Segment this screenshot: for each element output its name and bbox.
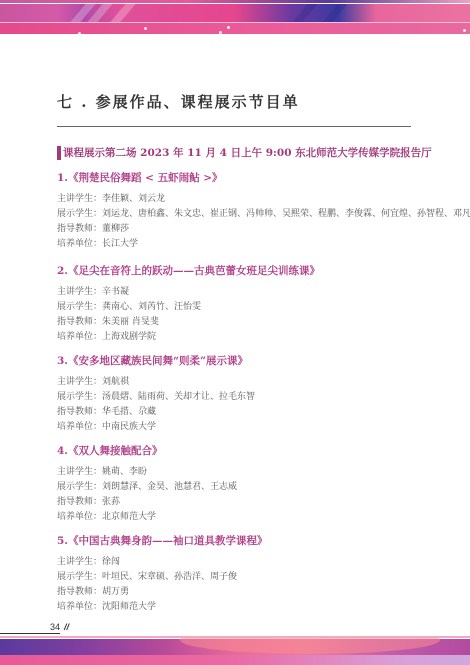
instructor-row: 指导教师：华毛措、尕藏 [57, 405, 255, 420]
sparkle-dot [78, 32, 81, 35]
institution-label: 培养单位： [57, 510, 102, 525]
institution-value: 北京师范大学 [102, 512, 156, 522]
title-divider [57, 126, 411, 127]
program-title: 1.《荆楚民俗舞蹈 < 五虾闹鲇 >》 [57, 170, 470, 185]
instructor-value: 张荪 [102, 497, 120, 507]
instructor-label: 指导教师： [57, 495, 102, 510]
institution-value: 沈阳师范大学 [102, 602, 156, 612]
instructor-value: 董柳莎 [102, 224, 129, 234]
top-banner [0, 0, 470, 35]
instructor-row: 指导教师：董柳莎 [57, 222, 470, 237]
section-title: 七 . 参展作品、课程展示节目单 [57, 91, 300, 112]
sparkle-dot [144, 27, 147, 30]
performers-label: 展示学生： [57, 300, 102, 315]
banner-lower-band [0, 22, 470, 34]
instructor-label: 指导教师： [57, 585, 102, 600]
lecturer-row: 主讲学生：刘航祺 [57, 375, 255, 390]
performers-value: 汤晨熠、陆雨荷、关却才让、拉毛东智 [102, 392, 255, 402]
instructor-row: 指导教师：朱美丽 肖旻斐 [57, 315, 320, 330]
banner-lower-band [0, 655, 470, 665]
performers-value: 刘运龙、唐柏鑫、朱文忠、崔正钢、冯帅帅、吴熙荣、程鹏、李俊霖、何宜煌、孙智程、邓… [102, 209, 470, 219]
performers-value: 叶垣民、宋章硕、孙浩洋、周子俊 [102, 572, 237, 582]
performers-label: 展示学生： [57, 390, 102, 405]
lecturer-value: 辛书凝 [102, 287, 129, 297]
session-heading: 课程展示第二场 2023 年 11 月 4 日上午 9:00 东北师范大学传媒学… [57, 145, 432, 160]
page-number-footer: 34 // [0, 622, 70, 634]
instructor-value: 胡万勇 [102, 587, 129, 597]
performers-label: 展示学生： [57, 207, 102, 222]
lecturer-label: 主讲学生： [57, 465, 102, 480]
performers-row: 展示学生：刘运龙、唐柏鑫、朱文忠、崔正钢、冯帅帅、吴熙荣、程鹏、李俊霖、何宜煌、… [57, 207, 470, 222]
program-item: 5.《中国古典舞身韵——袖口道具教学课程》 主讲学生：徐闯 展示学生：叶垣民、宋… [57, 533, 267, 615]
program-title: 3.《安多地区藏族民间舞“则柔”展示课》 [57, 353, 255, 368]
double-bar-icon [57, 146, 61, 160]
program-item: 1.《荆楚民俗舞蹈 < 五虾闹鲇 >》 主讲学生：李佳颖、刘云龙 展示学生：刘运… [57, 170, 470, 252]
program-item: 2.《足尖在音符上的跃动——古典芭蕾女班足尖训练课》 主讲学生：辛书凝 展示学生… [57, 263, 320, 345]
instructor-label: 指导教师： [57, 222, 102, 237]
lecturer-value: 徐闯 [102, 557, 120, 567]
institution-value: 上海戏剧学院 [102, 332, 156, 342]
sparkle-dot [227, 26, 230, 29]
performers-row: 展示学生：刘朗慧泽、金昊、池慧君、王志威 [57, 480, 237, 495]
lecturer-row: 主讲学生：辛书凝 [57, 285, 320, 300]
performers-label: 展示学生： [57, 570, 102, 585]
page-number: 34 [50, 622, 60, 632]
session-heading-text: 课程展示第二场 2023 年 11 月 4 日上午 9:00 东北师范大学传媒学… [63, 145, 432, 160]
institution-row: 培养单位：长江大学 [57, 237, 470, 252]
instructor-label: 指导教师： [57, 405, 102, 420]
performers-row: 展示学生：龚南心、刘芮竹、汪怡雯 [57, 300, 320, 315]
lecturer-value: 李佳颖、刘云龙 [102, 194, 165, 204]
page-number-rule [0, 633, 60, 634]
program-title: 5.《中国古典舞身韵——袖口道具教学课程》 [57, 533, 267, 548]
lecturer-value: 姚萌、李盼 [102, 467, 147, 477]
banner-divider-line [0, 636, 470, 638]
instructor-value: 朱美丽 肖旻斐 [102, 317, 159, 327]
instructor-label: 指导教师： [57, 315, 102, 330]
program-title: 2.《足尖在音符上的跃动——古典芭蕾女班足尖训练课》 [57, 263, 320, 278]
sparkle-dot [463, 29, 466, 32]
bottom-banner [0, 636, 470, 665]
lecturer-label: 主讲学生： [57, 375, 102, 390]
institution-row: 培养单位：沈阳师范大学 [57, 600, 267, 615]
performers-label: 展示学生： [57, 480, 102, 495]
lecturer-row: 主讲学生：李佳颖、刘云龙 [57, 192, 470, 207]
program-title: 4.《双人舞接触配合》 [57, 443, 237, 458]
institution-label: 培养单位： [57, 600, 102, 615]
institution-row: 培养单位：上海戏剧学院 [57, 330, 320, 345]
institution-value: 长江大学 [102, 239, 138, 249]
banner-gradient-band [0, 4, 470, 22]
page-slash-mark: // [64, 622, 69, 632]
instructor-row: 指导教师：张荪 [57, 495, 237, 510]
lecturer-row: 主讲学生：姚萌、李盼 [57, 465, 237, 480]
lecturer-label: 主讲学生： [57, 192, 102, 207]
instructor-row: 指导教师：胡万勇 [57, 585, 267, 600]
lecturer-row: 主讲学生：徐闯 [57, 555, 267, 570]
program-item: 4.《双人舞接触配合》 主讲学生：姚萌、李盼 展示学生：刘朗慧泽、金昊、池慧君、… [57, 443, 237, 525]
performers-row: 展示学生：叶垣民、宋章硕、孙浩洋、周子俊 [57, 570, 267, 585]
banner-thin-stripe [0, 0, 470, 3]
performers-row: 展示学生：汤晨熠、陆雨荷、关却才让、拉毛东智 [57, 390, 255, 405]
institution-value: 中南民族大学 [102, 422, 156, 432]
institution-label: 培养单位： [57, 330, 102, 345]
lecturer-value: 刘航祺 [102, 377, 129, 387]
lecturer-label: 主讲学生： [57, 285, 102, 300]
instructor-value: 华毛措、尕藏 [102, 407, 156, 417]
institution-row: 培养单位：中南民族大学 [57, 420, 255, 435]
lecturer-label: 主讲学生： [57, 555, 102, 570]
banner-divider-line [0, 22, 470, 23]
sparkle-dot [219, 31, 222, 34]
institution-row: 培养单位：北京师范大学 [57, 510, 237, 525]
institution-label: 培养单位： [57, 420, 102, 435]
program-item: 3.《安多地区藏族民间舞“则柔”展示课》 主讲学生：刘航祺 展示学生：汤晨熠、陆… [57, 353, 255, 435]
performers-value: 刘朗慧泽、金昊、池慧君、王志威 [102, 482, 237, 492]
performers-value: 龚南心、刘芮竹、汪怡雯 [102, 302, 201, 312]
institution-label: 培养单位： [57, 237, 102, 252]
